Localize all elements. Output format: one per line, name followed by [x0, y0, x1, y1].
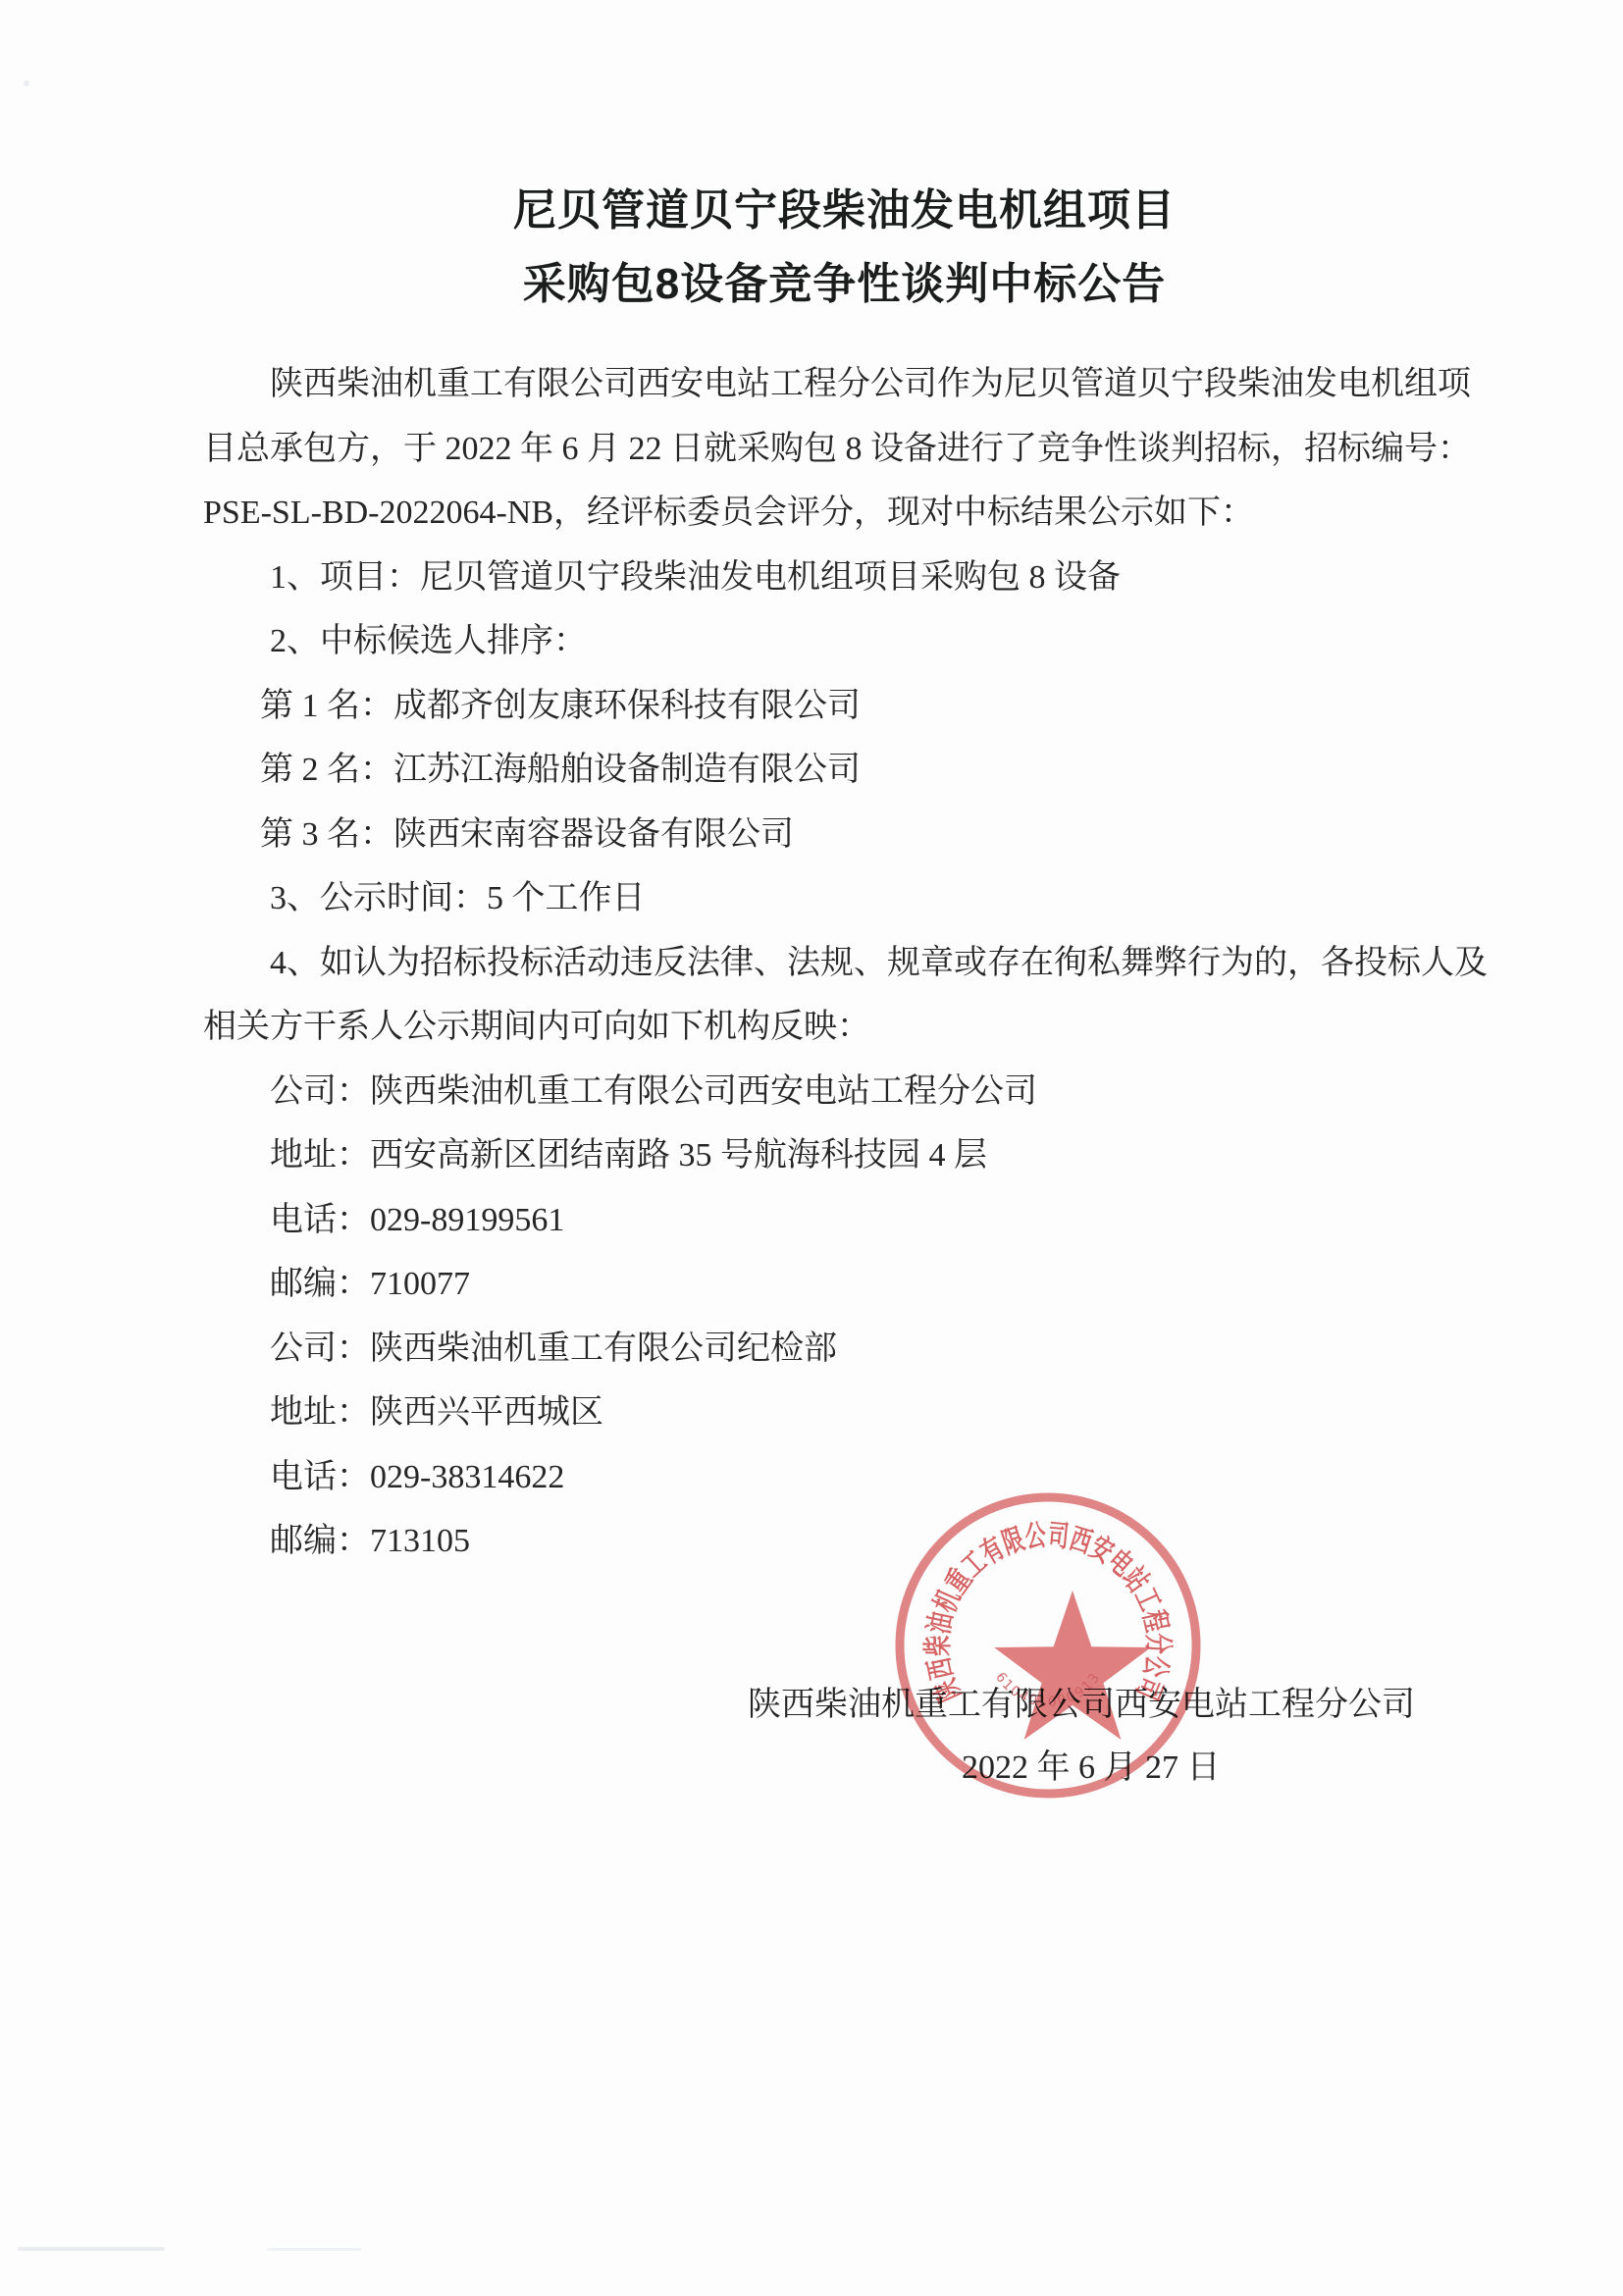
body-line: 第 3 名：陕西宋南容器设备有限公司	[203, 803, 1486, 867]
body-line: 2、中标候选人排序：	[203, 609, 1486, 674]
body-line: 公司：陕西柴油机重工有限公司纪检部	[203, 1317, 1486, 1382]
body-line: 目总承包方，于 2022 年 6 月 22 日就采购包 8 设备进行了竞争性谈判…	[203, 417, 1486, 482]
body-line: 邮编：713105	[203, 1509, 1486, 1574]
scan-artifact	[18, 2247, 165, 2251]
scan-artifact	[24, 80, 29, 86]
company-seal-stamp: 陕西柴油机重工有限公司西安电站工程分公司 6104010009133	[881, 1479, 1215, 1812]
body-line: 电话：029-89199561	[203, 1188, 1486, 1253]
body-line: 地址：西安高新区团结南路 35 号航海科技园 4 层	[203, 1123, 1486, 1188]
body-line: 邮编：710077	[203, 1252, 1486, 1317]
body-line: 第 2 名：江苏江海船舶设备制造有限公司	[203, 738, 1486, 803]
body-line: 第 1 名：成都齐创友康环保科技有限公司	[203, 674, 1486, 739]
title-line-1: 尼贝管道贝宁段柴油发电机组项目	[203, 186, 1486, 235]
body-line: 相关方干系人公示期间内可向如下机构反映：	[203, 995, 1486, 1060]
body-line: PSE-SL-BD-2022064-NB，经评标委员会评分，现对中标结果公示如下…	[203, 481, 1486, 546]
body-line: 1、项目：尼贝管道贝宁段柴油发电机组项目采购包 8 设备	[203, 546, 1486, 610]
scan-artifact	[267, 2248, 361, 2251]
body-line: 地址：陕西兴平西城区	[203, 1381, 1486, 1445]
title-line-2: 采购包8设备竞争性谈判中标公告	[203, 260, 1486, 309]
body-line: 电话：029-38314622	[203, 1445, 1486, 1510]
document-page: 尼贝管道贝宁段柴油发电机组项目 采购包8设备竞争性谈判中标公告 陕西柴油机重工有…	[0, 0, 1623, 2296]
seal-star-icon	[994, 1591, 1151, 1740]
body-lines: 陕西柴油机重工有限公司西安电站工程分公司作为尼贝管道贝宁段柴油发电机组项目总承包…	[203, 352, 1486, 1574]
body-line: 公司：陕西柴油机重工有限公司西安电站工程分公司	[203, 1060, 1486, 1124]
body-line: 4、如认为招标投标活动违反法律、法规、规章或存在徇私舞弊行为的，各投标人及	[203, 931, 1486, 996]
body-line: 3、公示时间：5 个工作日	[203, 866, 1486, 931]
body-line: 陕西柴油机重工有限公司西安电站工程分公司作为尼贝管道贝宁段柴油发电机组项	[203, 352, 1486, 417]
